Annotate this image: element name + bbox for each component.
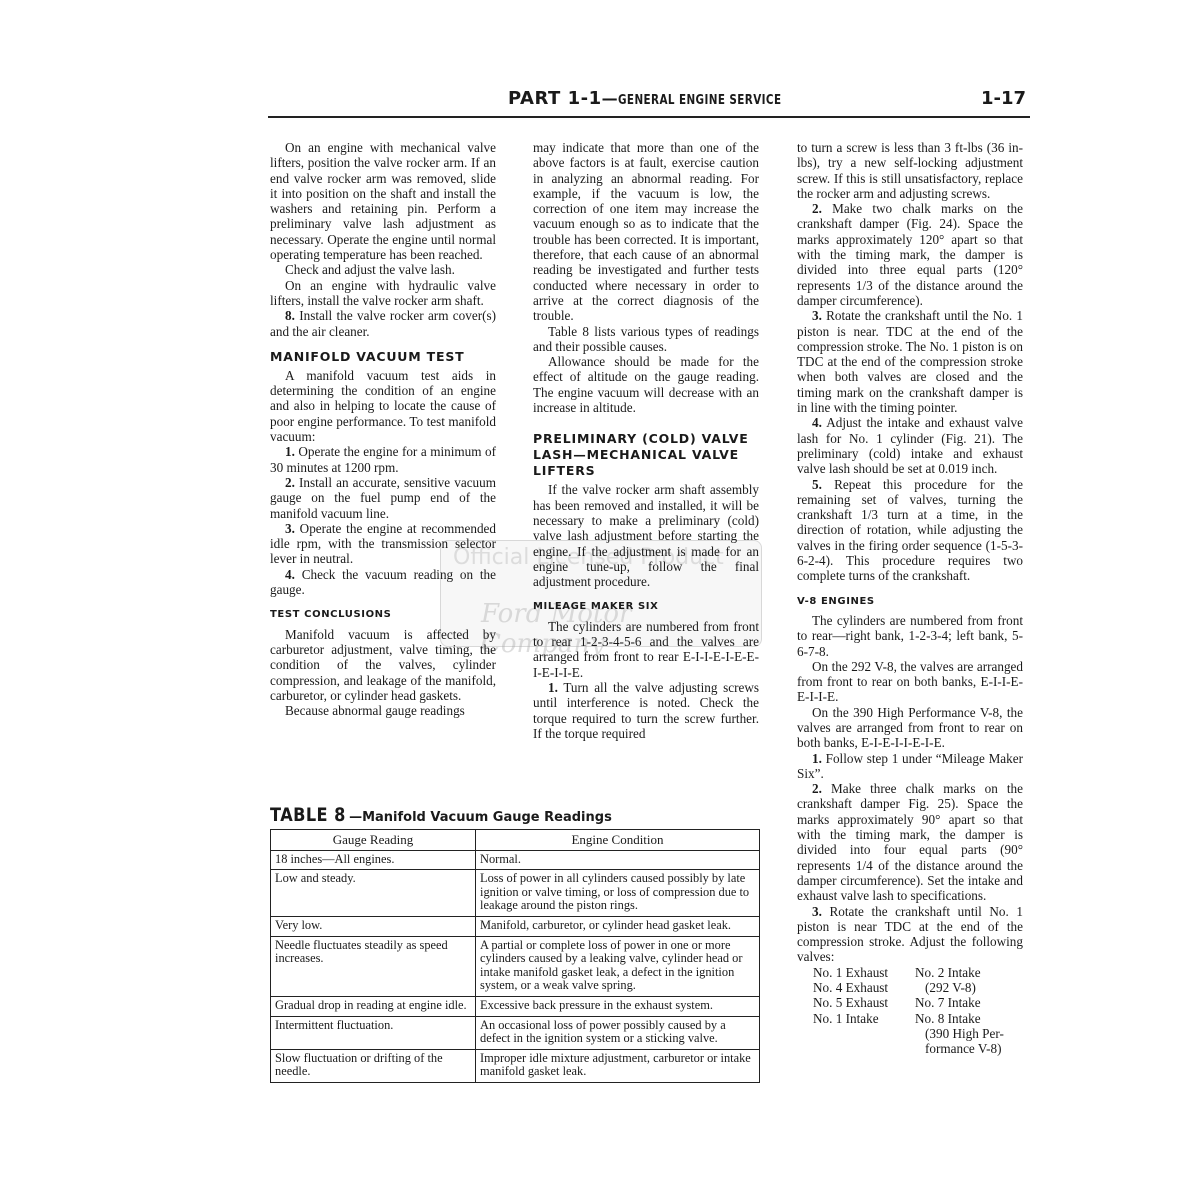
column-2: may indicate that more than one of the a… [533,140,759,741]
heading-v8-engines: V-8 ENGINES [797,594,1023,609]
table-number: TABLE 8 [270,804,346,826]
valve-item [813,1026,915,1041]
valve-item [813,1041,915,1056]
valve-item: formance V-8) [915,1041,1025,1056]
cell-engine-condition: Improper idle mixture adjustment, carbur… [476,1049,760,1082]
valve-item: No. 5 Exhaust [813,995,915,1010]
paragraph: If the valve rocker arm shaft assembly h… [533,482,759,589]
heading-test-conclusions: TEST CONCLUSIONS [270,607,496,622]
table-header-row: Gauge Reading Engine Condition [271,830,760,851]
heading-preliminary-valve-lash: PRELIMINARY (COLD) VALVE LASH—MECHANICAL… [533,431,759,479]
step: 2. Install an accurate, sensitive vacuum… [270,475,496,521]
step: 2. Make three chalk marks on the cranksh… [797,781,1023,903]
paragraph: The cylinders are numbered from front to… [797,613,1023,659]
valve-list: No. 1 ExhaustNo. 2 Intake No. 4 Exhaust(… [797,965,1023,1057]
section-label: GENERAL ENGINE SERVICE [618,93,781,108]
table-row: Slow fluctuation or drifting of the need… [271,1049,760,1082]
step: 5. Repeat this procedure for the remaini… [797,477,1023,584]
column-header-gauge-reading: Gauge Reading [271,830,476,851]
step: 3. Operate the engine at recommended idl… [270,521,496,567]
page-header: PART 1-1—GENERAL ENGINE SERVICE 1-17 [268,88,1030,118]
paragraph: On the 292 V-8, the valves are arranged … [797,659,1023,705]
paragraph: On an engine with hydraulic valve lifter… [270,278,496,309]
paragraph: may indicate that more than one of the a… [533,140,759,324]
cell-gauge-reading: Low and steady. [271,870,476,917]
paragraph: to turn a screw is less than 3 ft-lbs (3… [797,140,1023,201]
paragraph: On the 390 High Performance V-8, the val… [797,705,1023,751]
cell-gauge-reading: Intermittent fluctuation. [271,1016,476,1049]
cell-engine-condition: Manifold, carburetor, or cylinder head g… [476,916,760,936]
cell-gauge-reading: Very low. [271,916,476,936]
valve-item: No. 1 Exhaust [813,965,915,980]
paragraph: On an engine with mechanical valve lifte… [270,140,496,262]
running-title: PART 1-1—GENERAL ENGINE SERVICE [508,88,822,109]
paragraph: Table 8 lists various types of readings … [533,324,759,355]
valve-item: No. 8 Intake [915,1011,1025,1026]
table-row: Very low. Manifold, carburetor, or cylin… [271,916,760,936]
table-caption: —Manifold Vacuum Gauge Readings [349,810,612,825]
paragraph: Manifold vacuum is affected by carbureto… [270,627,496,703]
paragraph: The cylinders are numbered from front to… [533,619,759,680]
step-8: 8. Install the valve rocker arm cover(s)… [270,308,496,339]
cell-gauge-reading: Gradual drop in reading at engine idle. [271,996,476,1016]
cell-gauge-reading: 18 inches—All engines. [271,850,476,870]
valve-item: (292 V-8) [915,980,1025,995]
column-header-engine-condition: Engine Condition [476,830,760,851]
paragraph: A manifold vacuum test aids in determini… [270,368,496,444]
valve-item: No. 1 Intake [813,1011,915,1026]
column-3: to turn a screw is less than 3 ft-lbs (3… [797,140,1023,1057]
step: 4. Adjust the intake and exhaust valve l… [797,415,1023,476]
cell-engine-condition: Normal. [476,850,760,870]
table-row: Low and steady. Loss of power in all cyl… [271,870,760,917]
cell-gauge-reading: Needle fluctuates steadily as speed incr… [271,936,476,996]
cell-engine-condition: A partial or complete loss of power in o… [476,936,760,996]
header-rule [268,116,1030,118]
heading-manifold-vacuum-test: MANIFOLD VACUUM TEST [270,349,496,365]
paragraph: Because abnormal gauge readings [270,703,496,718]
table-row: 18 inches—All engines. Normal. [271,850,760,870]
cell-engine-condition: Loss of power in all cylinders caused po… [476,870,760,917]
table-row: Needle fluctuates steadily as speed incr… [271,936,760,996]
paragraph: Allowance should be made for the effect … [533,354,759,415]
cell-engine-condition: An occasional loss of power possibly cau… [476,1016,760,1049]
valve-item: (390 High Per- [915,1026,1025,1041]
step: 2. Make two chalk marks on the crankshaf… [797,201,1023,308]
step: 1. Operate the engine for a minimum of 3… [270,444,496,475]
step-1: 1. Turn all the valve adjusting screws u… [533,680,759,741]
table-row: Intermittent fluctuation. An occasional … [271,1016,760,1049]
valve-item: No. 4 Exhaust [813,980,915,995]
step: 4. Check the vacuum reading on the gauge… [270,567,496,598]
heading-mileage-maker-six: MILEAGE MAKER SIX [533,599,759,614]
column-1: On an engine with mechanical valve lifte… [270,140,496,718]
valve-item: No. 2 Intake [915,965,1025,980]
table-title: TABLE 8—Manifold Vacuum Gauge Readings [270,804,612,826]
step: 3. Rotate the crankshaft until No. 1 pis… [797,904,1023,965]
cell-engine-condition: Excessive back pressure in the exhaust s… [476,996,760,1016]
page-number: 1-17 [981,88,1026,109]
paragraph: Check and adjust the valve lash. [270,262,496,277]
manifold-vacuum-table: Gauge Reading Engine Condition 18 inches… [270,829,760,1083]
step: 1. Follow step 1 under “Mileage Maker Si… [797,751,1023,782]
valve-item: No. 7 Intake [915,995,1025,1010]
step: 3. Rotate the crankshaft until the No. 1… [797,308,1023,415]
part-label: PART 1-1 [508,88,602,109]
table-row: Gradual drop in reading at engine idle. … [271,996,760,1016]
cell-gauge-reading: Slow fluctuation or drifting of the need… [271,1049,476,1082]
